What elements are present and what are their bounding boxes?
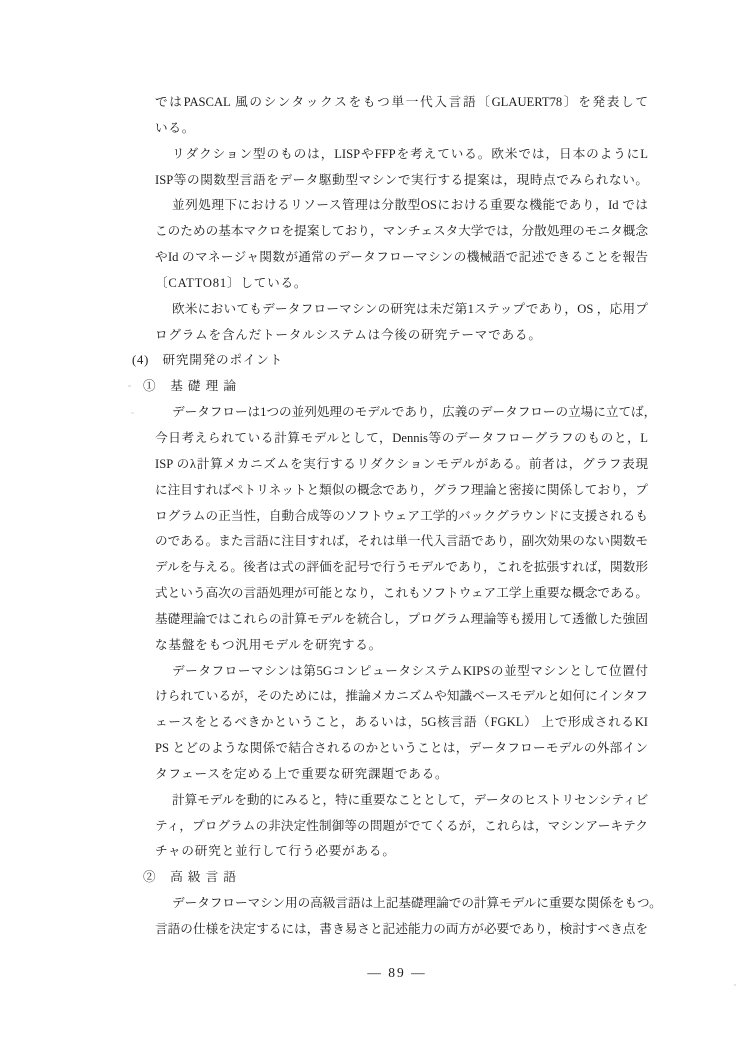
text-line: データフローは1つの並列処理のモデルであり，広義のデータフローの立場に立てば， (155, 400, 648, 426)
text-line: のである。また言語に注目すれば，それは単一代入言語であり，副次効果のない関数モ (155, 529, 648, 555)
text-block: ではPASCAL 風のシンタックスをもつ単一代入言語〔GLAUERT78〕を発表… (155, 90, 648, 943)
subsection-heading: ② 高 級 言 語 (143, 865, 648, 891)
scan-speck (734, 984, 736, 986)
text-line: PS とどのような関係で結合されるのかということは，データフローモデルの外部イン (155, 736, 648, 762)
text-line: デルを与える。後者は式の評価を記号で行うモデルであり，これを拡張すれば，関数形 (155, 555, 648, 581)
text-line: 欧米においてもデータフローマシンの研究は未だ第1ステップであり，OS ，応用プ (155, 297, 648, 323)
page-number: — 89 — (0, 965, 750, 981)
scan-speck (128, 385, 131, 387)
text-line: リダクション型のものは，LISPやFFPを考えている。欧米では，日本のようにL (155, 142, 648, 168)
subsection-heading: ① 基 礎 理 論 (143, 374, 648, 400)
text-line: 式という高次の言語処理が可能となり，これもソフトウェア工学上重要な概念である。 (155, 581, 648, 607)
text-line: けられているが，そのためには，推論メカニズムや知識ベースモデルと如何にインタフ (155, 684, 648, 710)
text-line: に注目すればペトリネットと類似の概念であり，グラフ理論と密接に関係しており，プ (155, 478, 648, 504)
text-line: データフローマシンは第5GコンピュータシステムKIPSの並型マシンとして位置付 (155, 659, 648, 685)
text-line: ログラムを含んだトータルシステムは今後の研究テーマである。 (155, 323, 648, 349)
text-line: ISP のλ計算メカニズムを実行するリダクションモデルがある。前者は，グラフ表現 (155, 452, 648, 478)
text-line: データフローマシン用の高級言語は上記基礎理論での計算モデルに重要な関係をもつ。 (155, 891, 648, 917)
text-line: ティ，プログラムの非決定性制御等の問題がでてくるが，これらは，マシンアーキテク (155, 814, 648, 840)
text-line: 今日考えられている計算モデルとして，Dennis等のデータフローグラフのものと，… (155, 426, 648, 452)
text-line: ェースをとるべきかということ，あるいは，5G核言語（FGKL） 上で形成されるK… (155, 710, 648, 736)
text-line: 基礎理論ではこれらの計算モデルを統合し，プログラム理論等も援用して透徹した強固 (155, 607, 648, 633)
document-page: ではPASCAL 風のシンタックスをもつ単一代入言語〔GLAUERT78〕を発表… (0, 0, 750, 1054)
text-line: ではPASCAL 風のシンタックスをもつ単一代入言語〔GLAUERT78〕を発表… (155, 90, 648, 116)
text-line: ログラムの正当性，自動合成等のソフトウェア工学的バックグラウンドに支援されるも (155, 504, 648, 530)
section-heading: (4) 研究開発のポイント (132, 348, 648, 374)
text-line: 並列処理下におけるリソース管理は分散型OSにおける重要な機能であり，Id では (155, 193, 648, 219)
text-line: 計算モデルを動的にみると，特に重要なこととして，データのヒストリセンシティビ (155, 788, 648, 814)
text-line: チャの研究と並行して行う必要がある。 (155, 839, 648, 865)
text-line: ISP等の関数型言語をデータ駆動型マシンで実行する提案は，現時点でみられない。 (155, 168, 648, 194)
text-line: 〔CATTO81〕している。 (155, 271, 648, 297)
text-line: このための基本マクロを提案しており，マンチェスタ大学では，分散処理のモニタ概念 (155, 219, 648, 245)
text-line: な基盤をもつ汎用モデルを研究する。 (155, 633, 648, 659)
text-line: 言語の仕様を決定するには，書き易さと記述能力の両方が必要であり，検討すべき点を (155, 917, 648, 943)
text-line: いる。 (155, 116, 648, 142)
text-line: タフェースを定める上で重要な研究課題である。 (155, 762, 648, 788)
scan-speck (131, 412, 134, 414)
text-line: やId のマネージャ関数が通常のデータフローマシンの機械語で記述できることを報告 (155, 245, 648, 271)
